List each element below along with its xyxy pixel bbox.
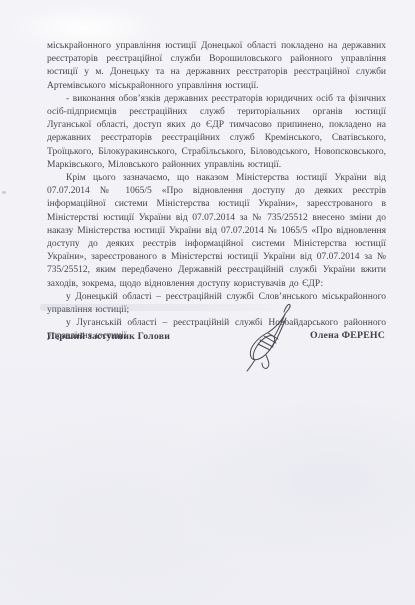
- scan-speck-artifact: [2, 191, 6, 194]
- paragraph-order-details: Крім цього зазначаємо, що наказом Мініст…: [47, 172, 386, 291]
- handwritten-signature: [240, 300, 312, 374]
- paragraph-continuation: міськрайонного управління юстиції Донець…: [47, 40, 386, 93]
- signer-title: Перший заступник Голови: [47, 331, 170, 342]
- paragraph-bullet-duties: - виконання обов’язків державних реєстра…: [47, 93, 386, 172]
- letter-body: міськрайонного управління юстиції Донець…: [47, 40, 386, 344]
- signer-name: Олена ФЕРЕНС: [310, 330, 385, 341]
- document-page: міськрайонного управління юстиції Донець…: [0, 0, 415, 605]
